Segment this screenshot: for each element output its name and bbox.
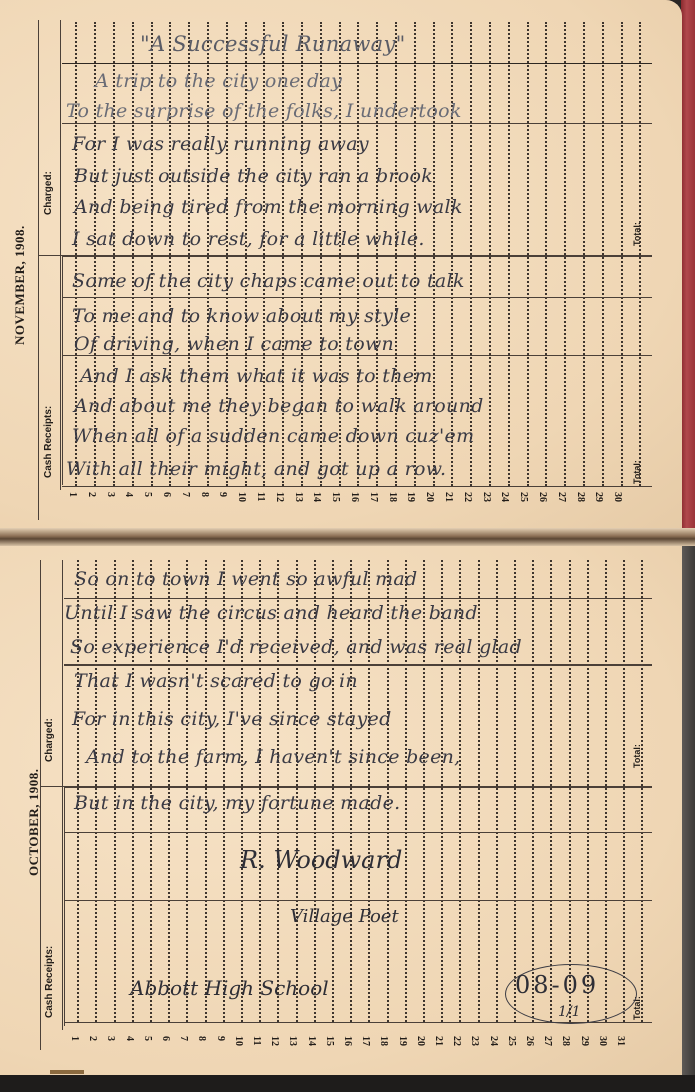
day-column-dotted-rule <box>569 560 571 1022</box>
day-column-dotted-rule <box>150 560 152 1022</box>
day-number: 10 <box>236 492 247 502</box>
day-number: 1 <box>69 1036 80 1041</box>
day-number: 10 <box>233 1036 244 1046</box>
day-number: 23 <box>469 1036 480 1046</box>
poem-line: Until I saw the circus and heard the ban… <box>64 602 478 624</box>
day-column-dotted-rule <box>508 22 510 486</box>
day-number: 26 <box>524 1036 535 1046</box>
day-column-dotted-rule <box>132 560 134 1022</box>
day-number: 1 <box>67 492 78 497</box>
poem-line: A trip to the city one day <box>95 70 342 92</box>
cash-receipts-column-label: Cash Receipts: <box>43 406 54 478</box>
day-column-dotted-rule <box>259 560 261 1022</box>
day-number: 27 <box>556 492 567 502</box>
day-number: 6 <box>160 1036 171 1041</box>
day-number: 2 <box>87 1036 98 1041</box>
day-number: 25 <box>506 1036 517 1046</box>
day-number: 19 <box>405 492 416 502</box>
day-column-dotted-rule <box>441 560 443 1022</box>
ruled-line <box>64 832 652 833</box>
day-column-dotted-rule <box>368 560 370 1022</box>
day-number: 9 <box>215 1036 226 1041</box>
ruled-line <box>64 900 652 901</box>
month-heading: OCTOBER, 1908. <box>26 768 42 876</box>
school-name: Abbott High School <box>130 976 329 1000</box>
day-number: 21 <box>443 492 454 502</box>
ruled-line <box>62 123 652 124</box>
day-number: 2 <box>86 492 97 497</box>
day-column-dotted-rule <box>405 560 407 1022</box>
day-number: 28 <box>575 492 586 502</box>
day-number: 13 <box>293 492 304 502</box>
day-number: 4 <box>124 1036 135 1041</box>
section-divider <box>40 786 64 787</box>
day-column-dotted-rule <box>223 560 225 1022</box>
poem-line: For I was really running away <box>72 133 369 155</box>
day-number: 16 <box>342 1036 353 1046</box>
day-number: 27 <box>542 1036 553 1046</box>
day-number: 5 <box>142 1036 153 1041</box>
page-margin-rule <box>38 20 39 520</box>
day-column-dotted-rule <box>186 560 188 1022</box>
day-number: 15 <box>330 492 341 502</box>
poem-line: So on to town I went so awful mad <box>74 568 418 590</box>
poem-line: And to the farm, I haven't since been, <box>86 746 461 768</box>
ruled-line <box>62 297 652 298</box>
ruled-line <box>62 355 652 356</box>
poem-line: And I ask them what it was to them <box>80 365 433 387</box>
day-column-dotted-rule <box>545 22 547 486</box>
poem-line: With all their might, and got up a row. <box>66 458 446 480</box>
day-column-dotted-rule <box>602 22 604 486</box>
day-number: 24 <box>499 492 510 502</box>
day-number: 4 <box>123 492 134 497</box>
poem-line: Some of the city chaps came out to talk <box>72 270 465 292</box>
poem-line: That I wasn't scared to go in <box>74 670 358 692</box>
column-rule-double <box>62 255 63 485</box>
day-number: 24 <box>488 1036 499 1046</box>
day-number: 30 <box>597 1036 608 1046</box>
day-number: 21 <box>433 1036 444 1046</box>
class-year: 08-09 <box>515 971 599 999</box>
page-edge-shadow <box>682 546 695 1092</box>
column-rule <box>62 560 63 1030</box>
day-number: 12 <box>274 492 285 502</box>
charged-column-label: Charged: <box>43 171 54 215</box>
day-column-dotted-rule <box>114 560 116 1022</box>
day-column-dotted-rule <box>587 560 589 1022</box>
day-column-dotted-rule <box>350 560 352 1022</box>
day-number: 14 <box>311 492 322 502</box>
day-number: 17 <box>368 492 379 502</box>
ruled-line <box>64 598 652 599</box>
poem-title: "A Successful Runaway" <box>140 32 406 56</box>
day-column-dotted-rule <box>241 560 243 1022</box>
day-number: 11 <box>251 1036 262 1045</box>
poem-line: So experience I'd received, and was real… <box>70 636 522 658</box>
ledger-page-october: OCTOBER, 1908. Charged: Cash Receipts: T… <box>0 546 682 1076</box>
ruled-line <box>62 63 652 64</box>
day-column-dotted-rule <box>496 560 498 1022</box>
day-number: 22 <box>451 1036 462 1046</box>
day-column-dotted-rule <box>583 22 585 486</box>
day-column-dotted-rule <box>639 22 641 486</box>
day-number: 18 <box>378 1036 389 1046</box>
day-number: 6 <box>161 492 172 497</box>
section-divider <box>38 255 62 256</box>
day-number: 7 <box>178 1036 189 1041</box>
day-column-dotted-rule <box>527 22 529 486</box>
day-column-dotted-rule <box>205 560 207 1022</box>
day-column-dotted-rule <box>77 560 79 1022</box>
day-column-dotted-rule <box>623 560 625 1022</box>
day-column-dotted-rule <box>168 560 170 1022</box>
cash-receipts-column-label: Cash Receipts: <box>44 946 55 1018</box>
day-number: 30 <box>612 492 623 502</box>
day-number: 8 <box>196 1036 207 1041</box>
day-number: 12 <box>269 1036 280 1046</box>
poem-line: To me and to know about my style <box>72 305 411 327</box>
poem-line: To the surprise of the folks, I undertoo… <box>66 100 462 122</box>
day-number: 15 <box>324 1036 335 1046</box>
day-number: 3 <box>105 492 116 497</box>
poem-line: When all of a sudden came down cuz'em <box>72 425 474 447</box>
day-number: 20 <box>424 492 435 502</box>
day-number: 28 <box>560 1036 571 1046</box>
day-number: 19 <box>397 1036 408 1046</box>
day-number: 18 <box>387 492 398 502</box>
poem-line: I sat down to rest, for a little while. <box>72 228 425 250</box>
poem-line: And being tired from the morning walk <box>74 196 463 218</box>
day-number: 20 <box>415 1036 426 1046</box>
day-column-dotted-rule <box>95 560 97 1022</box>
ruled-line <box>64 786 652 788</box>
day-column-dotted-rule <box>641 560 643 1022</box>
ruled-line <box>64 664 652 666</box>
page-tab-marker <box>50 1070 84 1074</box>
day-column-dotted-rule <box>314 560 316 1022</box>
book-cover-edge <box>681 0 695 540</box>
day-column-dotted-rule <box>605 560 607 1022</box>
day-column-dotted-rule <box>332 560 334 1022</box>
day-column-dotted-rule <box>621 22 623 486</box>
day-number: 17 <box>360 1036 371 1046</box>
table-surface <box>0 1075 695 1092</box>
charged-column-label: Charged: <box>44 718 55 762</box>
ruled-line <box>62 486 652 487</box>
poem-line: And about me they began to walk around <box>74 395 484 417</box>
day-column-dotted-rule <box>550 560 552 1022</box>
day-number: 16 <box>349 492 360 502</box>
signature: R. Woodward <box>240 846 402 874</box>
initials-mark: 1/1 <box>558 1004 581 1020</box>
day-column-dotted-rule <box>277 560 279 1022</box>
day-column-dotted-rule <box>387 560 389 1022</box>
day-number: 9 <box>217 492 228 497</box>
month-heading: NOVEMBER, 1908. <box>12 225 28 345</box>
day-number: 25 <box>518 492 529 502</box>
poem-line: But just outside the city ran a brook <box>74 165 433 187</box>
ruled-line <box>62 255 652 257</box>
day-number: 11 <box>255 492 266 501</box>
day-column-dotted-rule <box>478 560 480 1022</box>
day-number: 3 <box>105 1036 116 1041</box>
pen-title: Village Poet <box>290 906 399 927</box>
day-number: 29 <box>593 492 604 502</box>
book-gutter <box>0 528 695 546</box>
day-number: 23 <box>481 492 492 502</box>
day-column-dotted-rule <box>459 560 461 1022</box>
poem-line: For in this city, I've since stayed <box>72 708 392 730</box>
day-number: 22 <box>462 492 473 502</box>
day-number: 7 <box>180 492 191 497</box>
day-number: 31 <box>615 1036 626 1046</box>
day-number: 13 <box>287 1036 298 1046</box>
day-number: 14 <box>306 1036 317 1046</box>
column-rule-double <box>64 786 65 1026</box>
day-number: 29 <box>579 1036 590 1046</box>
poem-line: But in the city, my fortune made. <box>74 792 400 814</box>
day-number: 26 <box>537 492 548 502</box>
poem-line: Of driving, when I came to town <box>74 333 394 355</box>
day-column-dotted-rule <box>296 560 298 1022</box>
day-column-dotted-rule <box>532 560 534 1022</box>
ledger-page-november: NOVEMBER, 1908. Charged: Cash Receipts: … <box>0 0 682 530</box>
day-column-dotted-rule <box>489 22 491 486</box>
day-column-dotted-rule <box>514 560 516 1022</box>
day-number: 5 <box>142 492 153 497</box>
day-number: 8 <box>199 492 210 497</box>
day-column-dotted-rule <box>564 22 566 486</box>
day-column-dotted-rule <box>423 560 425 1022</box>
